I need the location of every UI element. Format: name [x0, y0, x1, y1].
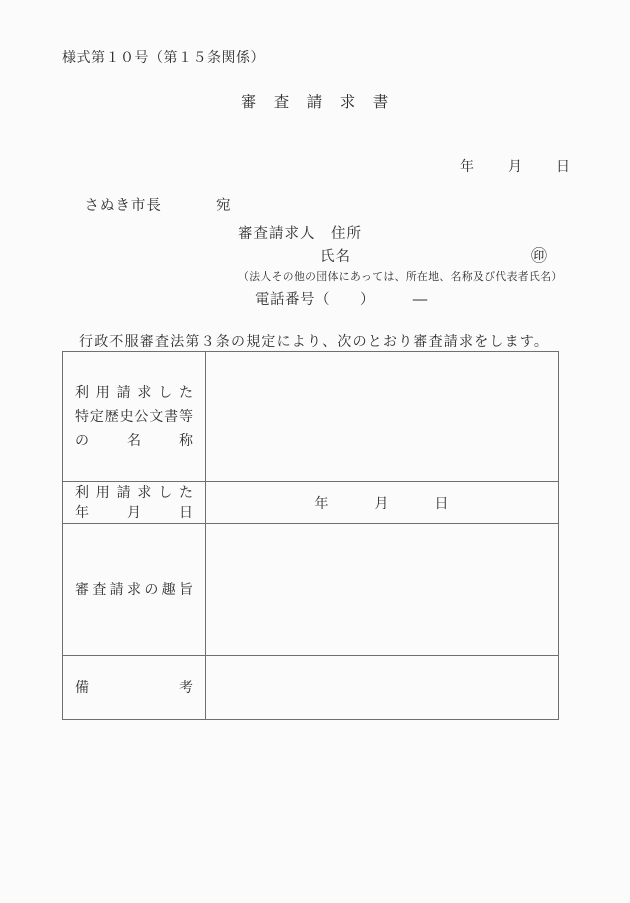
purpose-value-cell	[206, 524, 558, 655]
addressee-name: さぬき市長	[84, 198, 162, 214]
addressee-line: さぬき市長宛	[62, 178, 231, 231]
row-label-document-name: 利用請求した 特定歴史公文書等 の名称	[63, 352, 206, 481]
form-number: 様式第１０号（第１５条関係）	[62, 47, 265, 67]
corporate-note: （法人その他の団体にあっては、所在地、名称及び代表者氏名）	[238, 269, 563, 284]
row-label-line: 備考	[75, 676, 193, 700]
page-title: 審 査 請 求 書	[0, 90, 630, 112]
addressee-suffix: 宛	[216, 198, 232, 214]
request-date-value-cell: 年 月 日	[206, 482, 558, 523]
table-row: 利用請求した 年月日 年 月 日	[63, 481, 558, 523]
row-label-request-date: 利用請求した 年月日	[63, 482, 206, 523]
request-table: 利用請求した 特定歴史公文書等 の名称 利用請求した 年月日 年 月 日 審査請…	[62, 351, 559, 720]
row-label-line: の名称	[75, 429, 193, 453]
row-label-line: 特定歴史公文書等	[75, 405, 193, 429]
row-label-remarks: 備考	[63, 656, 206, 719]
phone-number-label: 電話番号（ ） ―	[255, 288, 428, 309]
date-line: 年 月 日	[460, 156, 572, 176]
applicant-address-label: 審査請求人 住所	[238, 222, 362, 243]
seal-icon: ㊞	[531, 243, 547, 266]
row-label-line: 審査請求の趣旨	[75, 578, 193, 602]
statement-line: 行政不服審査法第３条の規定により、次のとおり審査請求をします。	[79, 331, 549, 351]
table-row: 備考	[63, 655, 558, 719]
document-page: 様式第１０号（第１５条関係） 審 査 請 求 書 年 月 日 さぬき市長宛 審査…	[0, 0, 630, 903]
table-row: 利用請求した 特定歴史公文書等 の名称	[63, 352, 558, 481]
document-name-value-cell	[206, 352, 558, 481]
applicant-name-label: 氏名	[320, 245, 351, 266]
row-label-line: 利用請求した	[75, 381, 193, 405]
remarks-value-cell	[206, 656, 558, 719]
row-label-line: 利用請求した	[75, 483, 193, 503]
table-row: 審査請求の趣旨	[63, 523, 558, 655]
row-label-line: 年月日	[75, 503, 193, 523]
row-label-purpose: 審査請求の趣旨	[63, 524, 206, 655]
